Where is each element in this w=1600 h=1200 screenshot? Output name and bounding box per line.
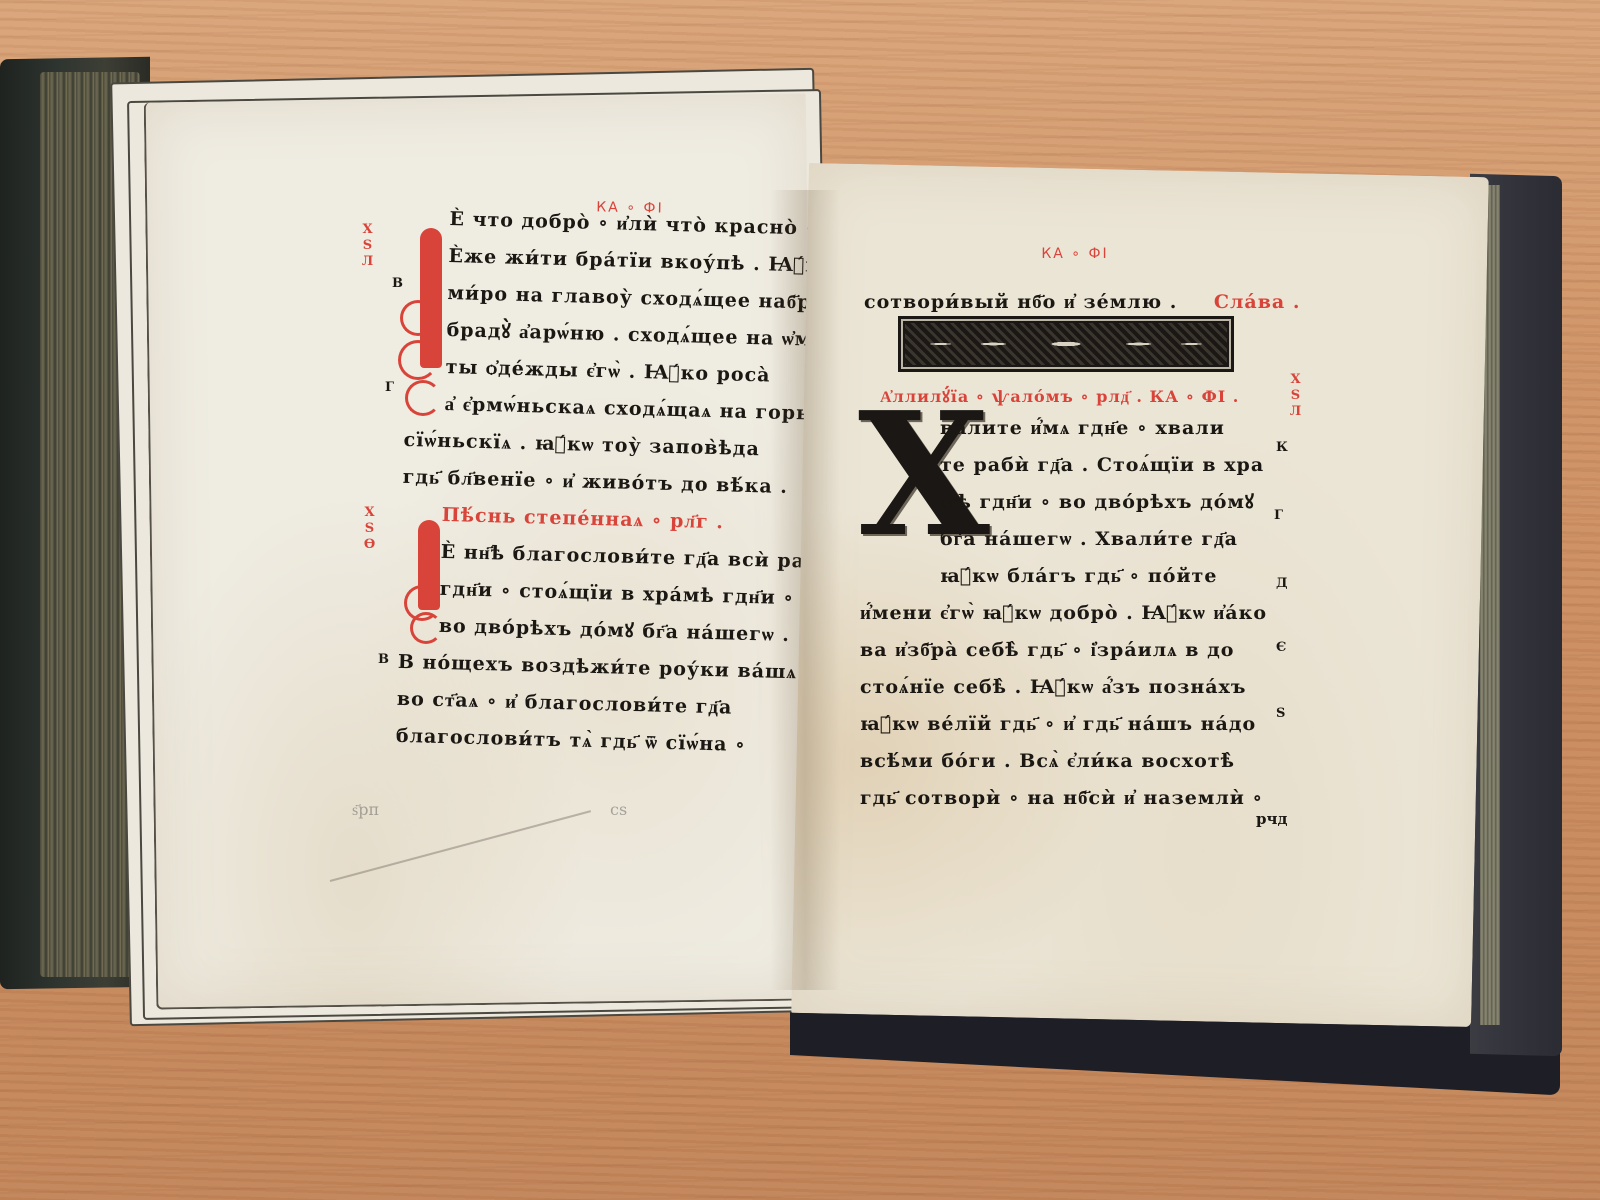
right-page-text: ва́лите и҆́мѧ гдн҃е ∘ хвали те рабѝ гд҃а… [860,410,1280,817]
faint-folio-mark: ѕ҃рп [352,800,379,820]
left-line-number-g: Г [385,380,395,395]
text-line: всѣ́ми бо́ги . Всѧ̀ є҆ли́ка восхотѣ̀ [860,743,1280,780]
right-running-header: КА ∘ ФI [1020,246,1130,262]
left-page-text: Ѐ что добро̀ ∘ и҆лѝ что̀ красно̀ ∘ но Ѐж… [395,200,809,765]
left-marginal-note-top: ХЅЛ [360,222,375,270]
left-line-number-b: В [392,276,404,291]
right-line-number: Д [1276,576,1289,591]
page-signature-mark: рчд [1256,810,1287,828]
left-marginal-note-mid: ХЅѲ [362,505,377,553]
right-marginal-note: ХЅЛ [1288,372,1303,420]
text-line: бг҃а на́шегѡ . Хвали́те гд҃а [940,521,1280,558]
faint-folio-mark: сѕ [610,800,627,819]
text-line: мѣ гдн҃и ∘ во дво́рѣхъ до́мꙋ [940,484,1280,521]
rubric-glory: Сла́ва . [1214,291,1301,313]
text-line: те рабѝ гд҃а . Стоѧ́щїи в хра [940,447,1280,484]
text-line: стоѧ́нїе себѣ̀ . Ꙗ҆́кѡ а҆́зъ позна́хъ [860,669,1280,706]
left-line-number-v: В [378,652,390,667]
right-line-number: Ѕ [1276,706,1286,721]
right-line-number: Є [1276,640,1287,655]
text-line: ва́лите и҆́мѧ гдн҃е ∘ хвали [940,410,1280,447]
text-line: ꙗ҆́кѡ ве́лїй гдь҃ ∘ и҆ гдь҃ на́шъ на́до [860,706,1280,743]
right-line-number: К [1276,440,1289,455]
book-gutter [770,190,840,990]
text-line: ва и҆зб҃рà себѣ̀ гдь҃ ∘ і҆зра́илѧ в до [860,632,1280,669]
ornamental-headpiece [898,316,1234,372]
right-line-number: Г [1274,508,1284,523]
text-line: гдь҃ сотворѝ ∘ на нб҃сѝ и҆ наземлѝ ∘ [860,780,1280,817]
text-line: ꙗ҆́кѡ бла́гъ гдь҃ ∘ по́йте [940,558,1280,595]
text-line: и҆́мени є҆гѡ̀ ꙗ҆́кѡ добро̀ . Ꙗ҆́кѡ и҆а́к… [860,595,1280,632]
